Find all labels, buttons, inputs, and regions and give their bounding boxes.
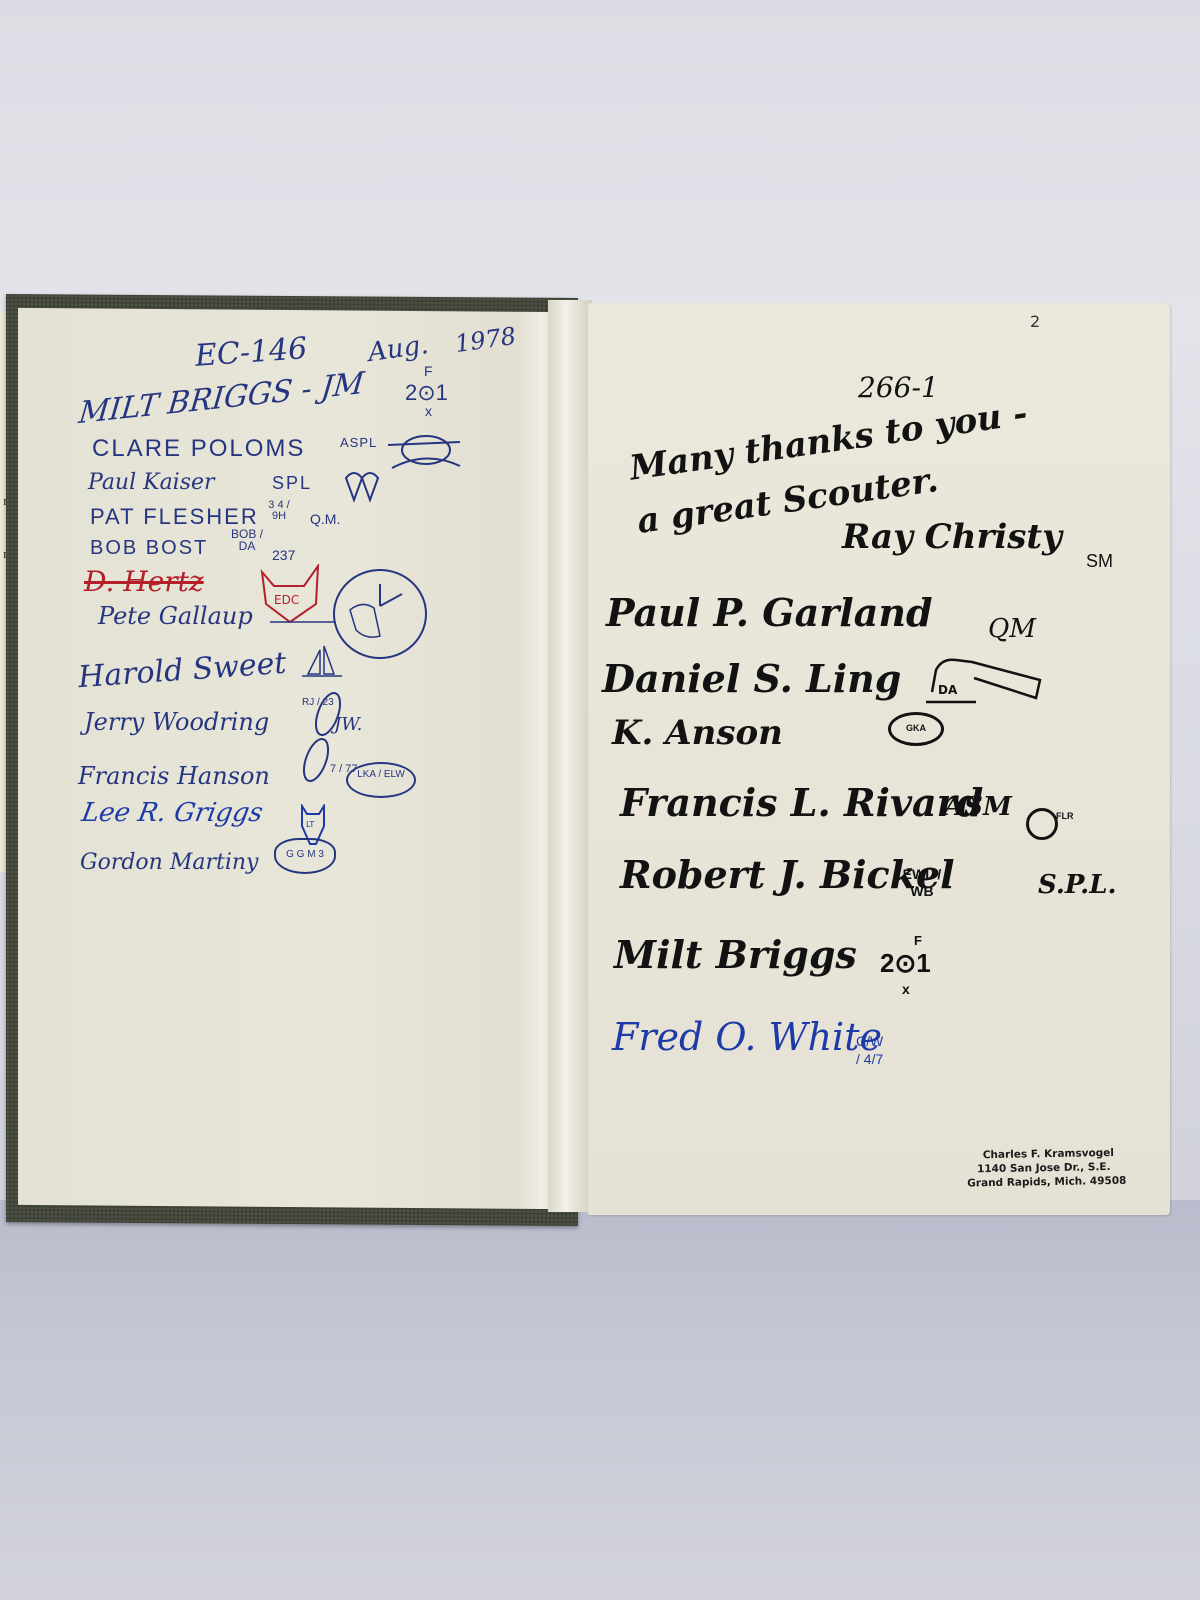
signature-bob-bost: BOB BOST [90, 538, 208, 558]
signature-francis-rivard: Francis L. Rivard [620, 784, 983, 822]
role-qm: Q.M. [310, 512, 340, 526]
signature-jerry-woodring: Jerry Woodring [84, 710, 269, 734]
bickel-badge: EWL / WB [892, 866, 952, 900]
svg-text:DA: DA [938, 683, 958, 697]
martiny-badge: G G M 3 [274, 838, 336, 874]
mark-bottom-right: x [902, 982, 910, 996]
bost-number: 237 [272, 548, 295, 562]
mark-top: F [424, 364, 433, 378]
anson-badge: GKA [888, 712, 944, 746]
rivard-initials: FLR [1056, 812, 1074, 821]
troop-emblem-doodle-icon [388, 430, 468, 478]
book-number: 266-1 [858, 374, 939, 402]
signature-lee-griggs: Lee R. Griggs [80, 800, 265, 826]
signature-ray-christy: Ray Christy [842, 520, 1062, 554]
signature-francis-hanson: Francis Hanson [78, 764, 270, 788]
signature-paul-kaiser: Paul Kaiser [88, 472, 215, 494]
bost-badge: BOB / DA [228, 528, 266, 552]
book-gutter [548, 300, 592, 1212]
mark-bottom: x [425, 404, 432, 418]
covered-wagon-doodle-icon: DA [924, 654, 1048, 718]
signature-struck-red: D. Hertz [84, 568, 204, 596]
signature-gordon-martiny: Gordon Martiny [80, 852, 258, 874]
rivard-emblem-icon [1026, 808, 1058, 840]
role-spl: SPL [272, 474, 312, 492]
role-sm: SM [1086, 552, 1113, 570]
signature-pat-flesher: PAT FLESHER [90, 506, 259, 528]
signature-fred-white: Fred O. White [612, 1018, 882, 1056]
signature-milt-briggs-right: Milt Briggs [614, 936, 857, 974]
mark-2o1: 2⊙1 [405, 382, 448, 404]
signature-paul-garland: Paul P. Garland [606, 594, 933, 632]
flesher-badge: 3 4 / 9H [262, 500, 296, 522]
white-mark: C/W / 4/7 [856, 1032, 886, 1068]
hanson-badge: LKA / ELW [346, 762, 416, 798]
role-asm: ASM [944, 794, 1012, 820]
owner-address-stamp: Charles F. Kramsvogel 1140 San Jose Dr.,… [977, 1146, 1127, 1191]
sailboat-doodle-icon [298, 640, 348, 690]
signature-pete-gallaup: Pete Gallaup [98, 604, 253, 628]
corner-mark: 2 [1030, 312, 1040, 331]
woodring-initials: JW. [334, 716, 362, 734]
role-spl-right: S.P.L. [1038, 872, 1117, 898]
mark-2o1-right: 2⊙1 [880, 950, 931, 976]
stamp-city: Grand Rapids, Mich. 49508 [967, 1174, 1126, 1191]
svg-text:LT: LT [306, 820, 314, 829]
mark-top-right: F [914, 934, 922, 947]
header-month: Aug. [366, 332, 429, 366]
signature-daniel-ling: Daniel S. Ling [602, 660, 901, 698]
signature-k-anson: K. Anson [612, 716, 783, 750]
patrol-hearts-doodle-icon [340, 470, 390, 510]
role-qm-right: QM [988, 616, 1036, 642]
table-surface [0, 1200, 1200, 1600]
signature-clare-poloms: CLARE POLOMS [92, 437, 305, 461]
eagle-emblem-doodle-icon [270, 566, 430, 666]
role-aspl: ASPL [340, 436, 377, 449]
troop-code: EC-146 [194, 334, 308, 372]
